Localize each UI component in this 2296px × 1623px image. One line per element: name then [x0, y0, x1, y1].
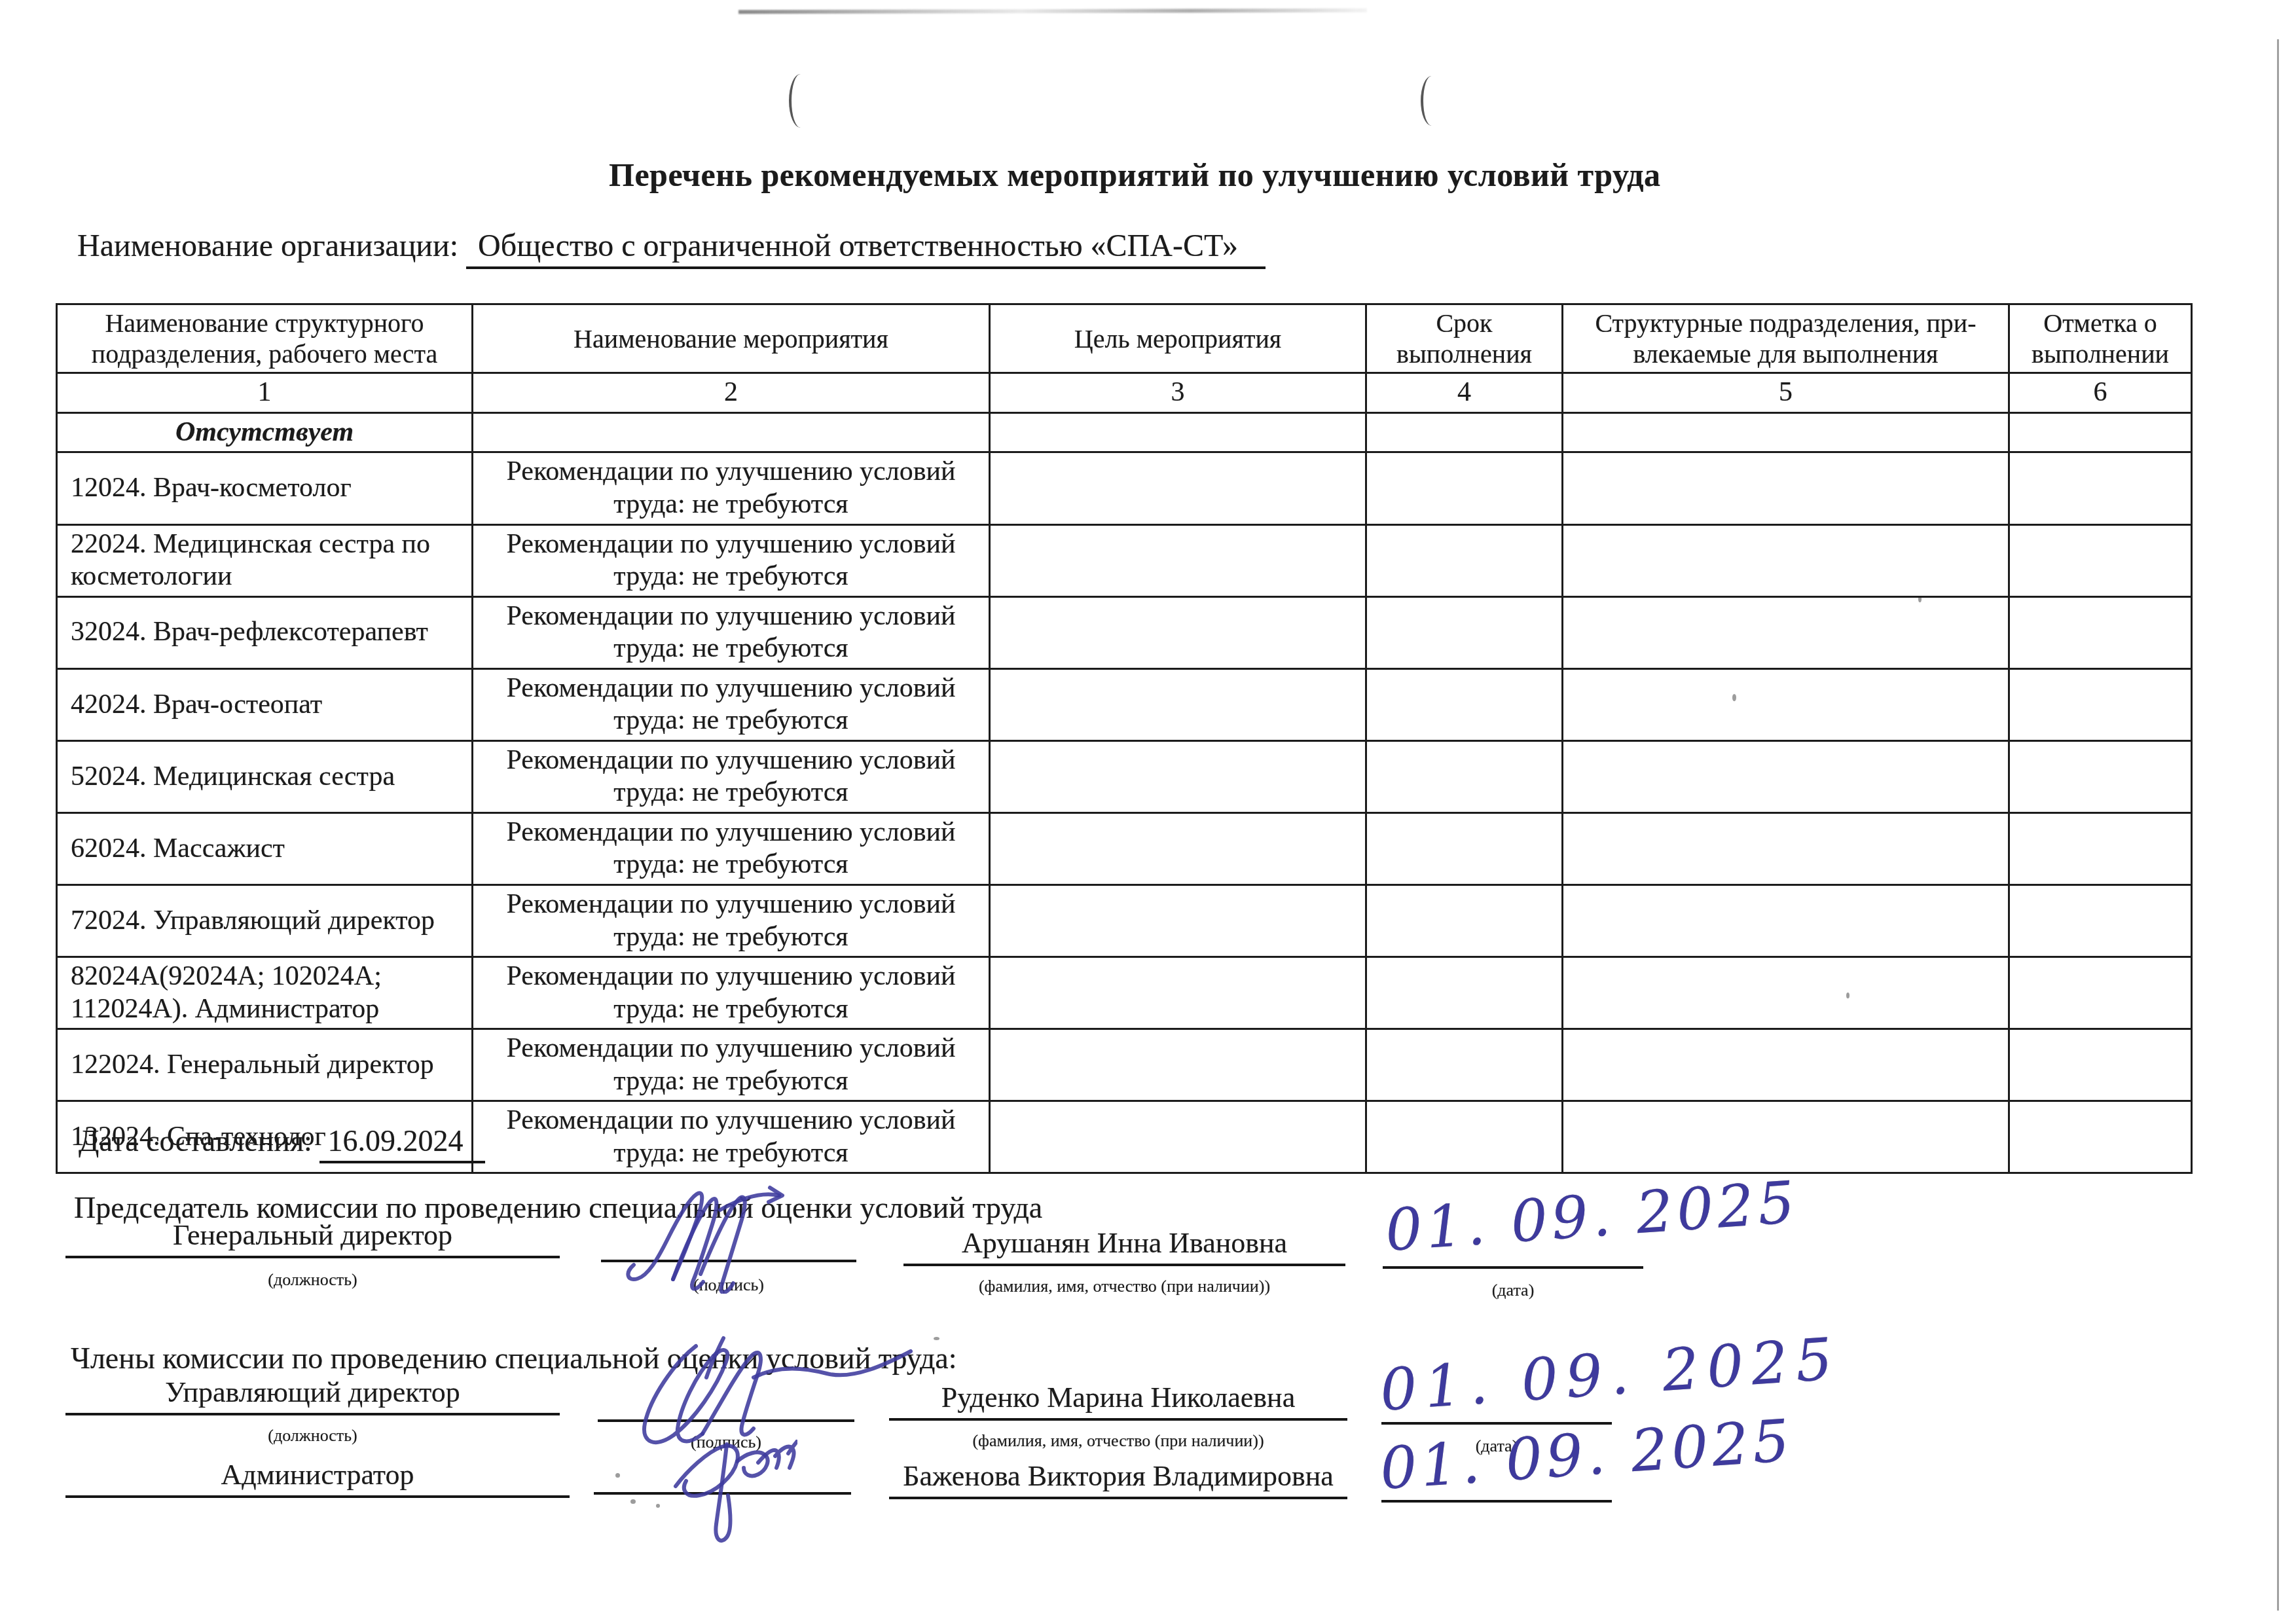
mark-cell [2009, 596, 2192, 668]
compile-date-value: 16.09.2024 [319, 1123, 485, 1163]
empty-cell [473, 412, 990, 452]
goal-cell [990, 524, 1366, 596]
member2-signature [666, 1439, 797, 1554]
table-row: 72024. Управляющий директор Рекомендации… [57, 885, 2192, 957]
departments-cell [1563, 885, 2009, 957]
header-term: Срок выполнения [1366, 304, 1563, 373]
compile-date-label: Дата составления: [79, 1124, 312, 1158]
column-number: 2 [473, 373, 990, 413]
mark-cell [2009, 1101, 2192, 1173]
member1-name: Руденко Марина Николаевна [941, 1381, 1295, 1414]
organization-name: Общество с ограниченной ответственностью… [466, 228, 1266, 269]
mark-cell [2009, 452, 2192, 524]
measure-cell: Рекомендации по улучшению условий труда:… [473, 1101, 990, 1173]
table-row: 52024. Медицинская сестра Рекомендации п… [57, 740, 2192, 812]
term-cell [1366, 740, 1563, 812]
measure-cell: Рекомендации по улучшению условий труда:… [473, 452, 990, 524]
table-header-row: Наименование структурного подразделения,… [57, 304, 2192, 373]
goal-cell [990, 596, 1366, 668]
scan-speck [656, 1504, 660, 1508]
scan-speck [934, 1337, 939, 1340]
table-row: 42024. Врач-остеопат Рекомендации по улу… [57, 668, 2192, 740]
scan-paren-artifact [789, 74, 806, 128]
compile-date-line: Дата составления: 16.09.2024 [79, 1123, 485, 1163]
term-cell [1366, 524, 1563, 596]
workplace-cell: 42024. Врач-остеопат [57, 668, 473, 740]
term-cell [1366, 957, 1563, 1029]
column-number: 3 [990, 373, 1366, 413]
term-cell [1366, 668, 1563, 740]
goal-cell [990, 452, 1366, 524]
column-number: 6 [2009, 373, 2192, 413]
measure-cell: Рекомендации по улучшению условий труда:… [473, 740, 990, 812]
goal-cell [990, 1029, 1366, 1101]
scanned-document-page: Перечень рекомендуемых мероприятий по ул… [0, 0, 2296, 1623]
departments-cell [1563, 524, 2009, 596]
organization-line: Наименование организации: Общество с огр… [77, 228, 1266, 269]
mark-cell [2009, 740, 2192, 812]
chairman-signature [622, 1182, 793, 1294]
column-number: 5 [1563, 373, 2009, 413]
goal-cell [990, 668, 1366, 740]
scan-edge-line [2277, 39, 2279, 1611]
chairman-position-field: Генеральный директор [65, 1226, 560, 1258]
measure-cell: Рекомендации по улучшению условий труда:… [473, 812, 990, 884]
caption-position: (должность) [65, 1270, 560, 1290]
goal-cell [990, 812, 1366, 884]
workplace-cell: 62024. Массажист [57, 812, 473, 884]
member2-position: Администратор [221, 1458, 414, 1491]
workplace-cell: 32024. Врач-рефлексотерапевт [57, 596, 473, 668]
mark-cell [2009, 957, 2192, 1029]
goal-cell [990, 957, 1366, 1029]
workplace-cell: 72024. Управляющий директор [57, 885, 473, 957]
mark-cell [2009, 885, 2192, 957]
departments-cell [1563, 957, 2009, 1029]
table-row: 122024. Генеральный директор Рекомендаци… [57, 1029, 2192, 1101]
mark-cell [2009, 1029, 2192, 1101]
workplace-cell: 22024. Медицинская сестра по косметологи… [57, 524, 473, 596]
departments-cell [1563, 668, 2009, 740]
caption-name: (фамилия, имя, отчество (при наличии)) [903, 1277, 1345, 1296]
member2-name-field: Баженова Виктория Владимировна [889, 1464, 1347, 1499]
header-workplace: Наименование структурного подразделения,… [57, 304, 473, 373]
empty-cell [1366, 412, 1563, 452]
member2-name: Баженова Виктория Владимировна [903, 1459, 1334, 1493]
departments-cell [1563, 1101, 2009, 1173]
measure-cell: Рекомендации по улучшению условий труда:… [473, 668, 990, 740]
term-cell [1366, 452, 1563, 524]
measure-cell: Рекомендации по улучшению условий труда:… [473, 1029, 990, 1101]
header-mark: Отметка о выполнении [2009, 304, 2192, 373]
departments-cell [1563, 812, 2009, 884]
workplace-cell: 122024. Генеральный директор [57, 1029, 473, 1101]
member1-name-field: Руденко Марина Николаевна [889, 1385, 1347, 1421]
term-cell [1366, 812, 1563, 884]
column-number: 1 [57, 373, 473, 413]
goal-cell [990, 885, 1366, 957]
header-departments: Структурные подразделения, при-влекаемые… [1563, 304, 2009, 373]
chairman-position: Генеральный директор [173, 1218, 452, 1252]
section-label: Отсутствует [57, 412, 473, 452]
measure-cell: Рекомендации по улучшению условий труда:… [473, 596, 990, 668]
caption-name: (фамилия, имя, отчество (при наличии)) [889, 1431, 1347, 1451]
member1-position-field: Управляющий директор [65, 1383, 560, 1415]
caption-date: (дата) [1383, 1281, 1643, 1300]
table-row: 82024А(92024А; 102024А; 112024А). Админи… [57, 957, 2192, 1029]
measure-cell: Рекомендации по улучшению условий труда:… [473, 957, 990, 1029]
departments-cell [1563, 452, 2009, 524]
member2-position-field: Администратор [65, 1465, 570, 1498]
mark-cell [2009, 812, 2192, 884]
term-cell [1366, 596, 1563, 668]
column-number: 4 [1366, 373, 1563, 413]
departments-cell [1563, 596, 2009, 668]
chairman-name-field: Арушанян Инна Ивановна [903, 1231, 1345, 1266]
workplace-cell: 82024А(92024А; 102024А; 112024А). Админи… [57, 957, 473, 1029]
member1-position: Управляющий директор [165, 1376, 460, 1409]
member1-signature [619, 1332, 913, 1456]
scan-speck [630, 1499, 636, 1504]
scan-paren-artifact [1421, 76, 1438, 126]
document-title: Перечень рекомендуемых мероприятий по ул… [609, 156, 1661, 194]
scan-smudge-artifact [738, 9, 1367, 14]
section-row: Отсутствует [57, 412, 2192, 452]
measure-cell: Рекомендации по улучшению условий труда:… [473, 524, 990, 596]
empty-cell [2009, 412, 2192, 452]
term-cell [1366, 1029, 1563, 1101]
term-cell [1366, 885, 1563, 957]
measures-table: Наименование структурного подразделения,… [56, 303, 2193, 1174]
header-goal: Цель мероприятия [990, 304, 1366, 373]
goal-cell [990, 740, 1366, 812]
caption-position: (должность) [65, 1426, 560, 1446]
workplace-cell: 12024. Врач-косметолог [57, 452, 473, 524]
goal-cell [990, 1101, 1366, 1173]
measure-cell: Рекомендации по улучшению условий труда:… [473, 885, 990, 957]
header-measure: Наименование мероприятия [473, 304, 990, 373]
table-row: 22024. Медицинская сестра по косметологи… [57, 524, 2192, 596]
departments-cell [1563, 740, 2009, 812]
column-numbers-row: 1 2 3 4 5 6 [57, 373, 2192, 413]
organization-label: Наименование организации: [77, 228, 458, 263]
chairman-date-handwritten: 01. 09. 2025 [1383, 1168, 1800, 1264]
mark-cell [2009, 524, 2192, 596]
empty-cell [990, 412, 1366, 452]
chairman-name: Арушанян Инна Ивановна [962, 1226, 1287, 1260]
term-cell [1366, 1101, 1563, 1173]
mark-cell [2009, 668, 2192, 740]
table-row: 12024. Врач-косметолог Рекомендации по у… [57, 452, 2192, 524]
table-row: 32024. Врач-рефлексотерапевт Рекомендаци… [57, 596, 2192, 668]
table-row: 62024. Массажист Рекомендации по улучшен… [57, 812, 2192, 884]
empty-cell [1563, 412, 2009, 452]
departments-cell [1563, 1029, 2009, 1101]
workplace-cell: 52024. Медицинская сестра [57, 740, 473, 812]
